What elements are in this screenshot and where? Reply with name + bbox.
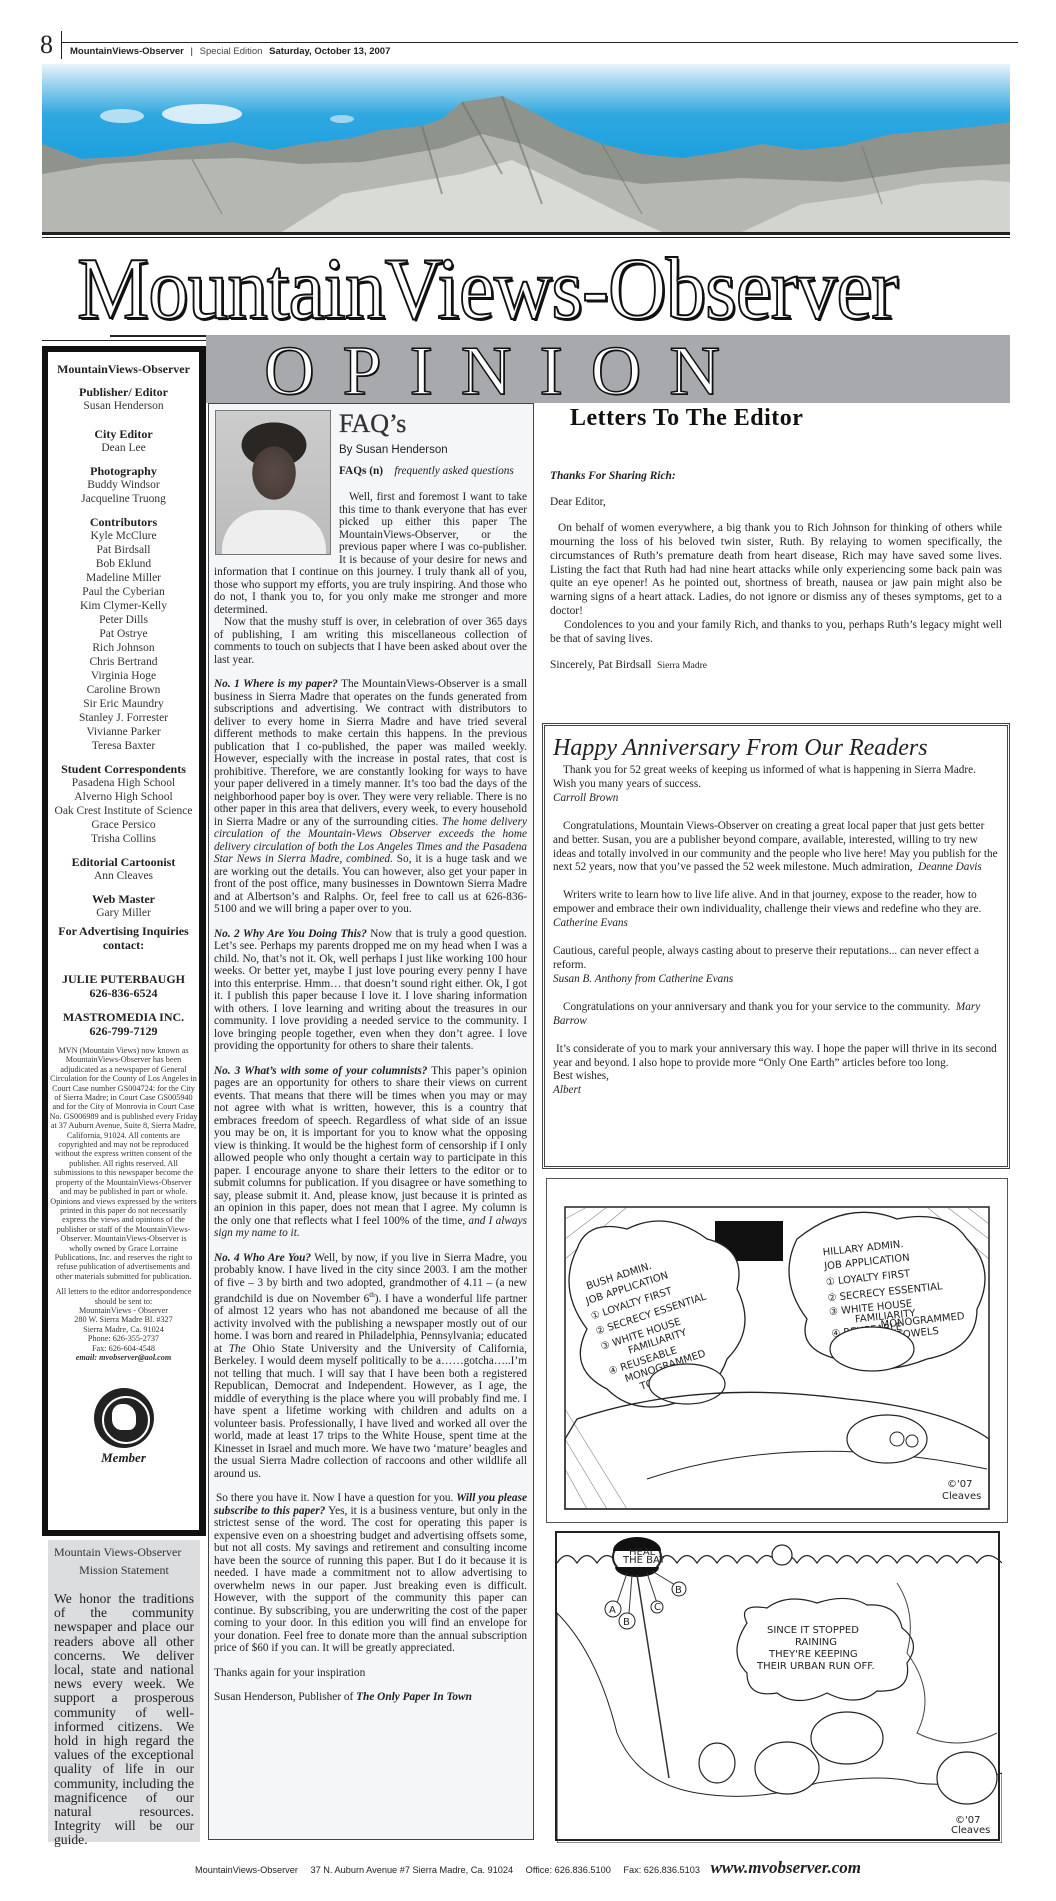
letters-street: 280 W. Sierra Madre Bl. #327 [48,1315,199,1324]
faq-closing-1: So there you have it. Now I have a quest… [216,1492,453,1504]
staff-role: Publisher/ Editor [48,385,199,399]
faq-q3: No. 3 What’s with some of your columnist… [214,1065,527,1240]
faq-q3-title: No. 3 What’s with some of your columnist… [214,1065,427,1077]
staff-name: Virginia Hoge [48,669,199,683]
cartoon-underwater-illustration-icon: HEAL THE BAY A B C B SINCE IT STOPPED RA… [557,1533,1002,1843]
mountain-illustration-icon [42,64,1010,232]
staff-group-publisher: Publisher/ Editor Susan Henderson [48,385,199,413]
staff-role: Student Correspondents [48,762,199,776]
mission-body: We honor the traditions of the community… [54,1592,194,1848]
faq-definition-term: FAQs (n) [339,465,383,477]
header-paper-name: MountainViews-Observer [70,46,184,57]
buoy-ball-label: A [609,1605,616,1616]
legal-notice: MVN (Mountain Views) now known as Mounta… [48,1046,199,1281]
letters-phone: Phone: 626-355-2737 [48,1334,199,1343]
staff-group-photography: Photography Buddy Windsor Jacqueline Tru… [48,464,199,506]
faq-q1-title: No. 1 Where is my paper? [214,678,338,690]
cartoon-speech-line: THEY'RE KEEPING [768,1649,858,1660]
faq-q4-text-3: Ohio State University and the University… [214,1343,527,1480]
anniversary-entry: Cautious, careful people, always casting… [553,945,999,987]
faq-closing: So there you have it. Now I have a quest… [214,1492,527,1655]
cartoon-speech-line: RAINING [795,1637,837,1648]
staff-name: Susan Henderson [48,399,199,413]
buoy-ball-label: B [623,1617,630,1628]
faq-q3-text: This paper’s opinion pages are an opport… [214,1065,527,1227]
anniversary-entry-text: It’s considerate of you to mark your ann… [553,1043,999,1071]
faq-q4-title: No. 4 Who Are You? [214,1252,311,1264]
staff-role: City Editor [48,427,199,441]
anniversary-entry-author: Catherine Evans [553,917,999,931]
staff-name: Kyle McClure [48,529,199,543]
anniversary-title: Happy Anniversary From Our Readers [553,734,999,762]
letter-paragraph-1: On behalf of women everywhere, a big tha… [550,522,1002,619]
section-title: OPINION [206,332,806,412]
footer: MountainViews-Observer 37 N. Auburn Aven… [0,1858,1056,1878]
masthead-title: MountainViews-Observer [42,240,933,340]
cartoon-speech-line: THEIR URBAN RUN OFF. [756,1661,875,1672]
staff-name: Sir Eric Maundry [48,697,199,711]
footer-office: Office: 626.836.5100 [526,1865,611,1875]
staff-group-city-editor: City Editor Dean Lee [48,427,199,455]
staff-name: Bob Eklund [48,557,199,571]
ad-contact-2: MASTROMEDIA INC. 626-799-7129 [48,1010,199,1038]
anniversary-entry-text: Congratulations on your anniversary and … [553,1001,999,1029]
staff-name: Gary Miller [48,906,199,920]
staff-name: Stanley J. Forrester [48,711,199,725]
author-photo [215,410,331,555]
footer-fax: Fax: 626.836.5103 [623,1865,700,1875]
photo-rule [42,232,1010,235]
staff-name: Grace Persico [48,818,199,832]
staff-group-contributors: Contributors Kyle McClure Pat Birdsall B… [48,515,199,753]
staff-name: Ann Cleaves [48,869,199,883]
anniversary-entry-text: Congratulations, Mountain Views-Observer… [553,820,999,876]
newspaper-association-seal-icon [94,1388,154,1448]
staff-box: MountainViews-Observer Publisher/ Editor… [42,346,206,1536]
anniversary-entry: Writers write to learn how to live life … [553,889,999,931]
cartoon-speech-line: SINCE IT STOPPED [767,1625,859,1636]
cartoon-signature: Cleaves [951,1825,990,1836]
staff-name: Pat Ostrye [48,627,199,641]
footer-website-link[interactable]: www.mvobserver.com [711,1858,861,1877]
mission-statement: Mountain Views-Observer Mission Statemen… [48,1540,200,1842]
letter: Thanks For Sharing Rich: Dear Editor, On… [550,470,1002,674]
staff-group-students: Student Correspondents Pasadena High Sch… [48,762,199,846]
staff-name: Teresa Baxter [48,739,199,753]
faq-intro-2: Now that the mushy stuff is over, in cel… [214,616,527,666]
faq-q1: No. 1 Where is my paper? The MountainVie… [214,678,527,916]
faq-q4-italic: The [229,1343,246,1355]
letters-intro: All letters to the editor andorresponden… [48,1287,199,1306]
seal-emblem-icon [112,1404,136,1430]
faq-thanks: Thanks again for your inspiration [214,1667,527,1680]
cartoon-bedroom-illustration-icon: BUSH ADMIN. JOB APPLICATION ① LOYALTY FI… [547,1179,1009,1524]
staff-name: Oak Crest Institute of Science [48,804,199,818]
editorial-cartoon-job-application: BUSH ADMIN. JOB APPLICATION ① LOYALTY FI… [546,1178,1008,1523]
letters-org: MountainViews - Observer [48,1306,199,1315]
staff-role: Photography [48,464,199,478]
staff-name: Paul the Cyberian [48,585,199,599]
letters-city: Sierra Madre, Ca. 91024 [48,1325,199,1334]
anniversary-entry-text: Thank you for 52 great weeks of keeping … [553,764,999,792]
member-label: Member [48,1450,199,1466]
photo-rule-thin [42,237,1010,238]
faq-closing-2: Yes, it is a business venture, but only … [214,1505,527,1655]
staff-name: Caroline Brown [48,683,199,697]
ad-contact-phone: 626-799-7129 [48,1024,199,1038]
letter-title: Thanks For Sharing Rich: [550,470,1002,484]
buoy-ball-label: B [675,1585,682,1596]
footer-paper: MountainViews-Observer [195,1865,298,1875]
mission-title: Mountain Views-Observer [54,1546,194,1558]
cartoon-signature: Cleaves [942,1491,981,1502]
ad-contact-phone: 626-836-6524 [48,986,199,1000]
staff-name: Buddy Windsor [48,478,199,492]
staff-name: Pat Birdsall [48,543,199,557]
mission-subtitle: Mission Statement [54,1563,194,1578]
anniversary-entry-text: Cautious, careful people, always casting… [553,945,999,973]
staff-role: Contributors [48,515,199,529]
staff-name: Peter Dills [48,613,199,627]
staff-name: Trisha Collins [48,832,199,846]
staff-name: Madeline Miller [48,571,199,585]
anniversary-entry-author: Deanne Davis [918,861,982,873]
faq-signoff: Susan Henderson, Publisher of The Only P… [214,1691,527,1704]
letters-address: All letters to the editor andorresponden… [48,1287,199,1362]
letter-paragraph-2: Condolences to you and your family Rich,… [550,619,1002,647]
letters-fax: Fax: 626-604-4548 [48,1344,199,1353]
anniversary-entry-author: Albert [553,1084,999,1098]
cartoon-signature: ©'07 [947,1479,972,1490]
footer-address: 37 N. Auburn Avenue #7 Sierra Madre, Ca.… [311,1865,514,1875]
staff-role: Web Master [48,892,199,906]
staff-group-webmaster: Web Master Gary Miller [48,892,199,920]
anniversary-entry: Congratulations, Mountain Views-Observer… [553,820,999,876]
faq-q4: No. 4 Who Are You? Well, by now, if you … [214,1252,527,1481]
anniversary-box: Happy Anniversary From Our Readers Thank… [542,723,1010,1169]
faq-signoff-text: Susan Henderson, Publisher of [214,1691,353,1703]
staff-name: Kim Clymer-Kelly [48,599,199,613]
buoy-ball-label: C [654,1602,661,1613]
letter-salutation: Dear Editor, [550,496,1002,510]
anniversary-entry-closing: Best wishes, [553,1070,999,1084]
header-divider [61,31,62,59]
buoy-label: THE BAY [622,1555,666,1566]
anniversary-entry: It’s considerate of you to mark your ann… [553,1043,999,1099]
faq-column: FAQ’s By Susan Henderson FAQs (n) freque… [208,403,534,1840]
faq-signoff-bold: The Only Paper In Town [356,1691,472,1703]
letter-signature-place: Sierra Madre [657,661,707,671]
staff-name: Dean Lee [48,441,199,455]
header-date: Saturday, October 13, 2007 [269,46,390,57]
header-edition: Special Edition [200,46,263,57]
staff-name: Chris Bertrand [48,655,199,669]
staff-group-cartoonist: Editorial Cartoonist Ann Cleaves [48,855,199,883]
author-photo-shirt [222,510,326,554]
ad-contact-name: MASTROMEDIA INC. [48,1010,199,1024]
letter-signature-name: Sincerely, Pat Birdsall [550,659,651,671]
staff-name: Pasadena High School [48,776,199,790]
header-line: MountainViews-Observer | Special Edition… [70,46,390,57]
mountain-photo [42,64,1010,232]
faq-q1-text: The MountainViews-Observer is a small bu… [214,678,527,828]
anniversary-entry-text: Writers write to learn how to live life … [553,889,999,917]
anniversary-entry: Thank you for 52 great weeks of keeping … [553,764,999,806]
anniversary-entry-author: Susan B. Anthony from Catherine Evans [553,973,999,987]
letter-signature: Sincerely, Pat Birdsall Sierra Madre [550,659,1002,674]
ad-contact-name: JULIE PUTERBAUGH [48,972,199,986]
anniversary-entry-author: Carroll Brown [553,792,999,806]
anniversary-entry-body: Congratulations on your anniversary and … [563,1001,950,1013]
editorial-cartoon-heal-the-bay: HEAL THE BAY A B C B SINCE IT STOPPED RA… [555,1531,1000,1841]
staff-name: Jacqueline Truong [48,492,199,506]
ad-contact-1: JULIE PUTERBAUGH 626-836-6524 [48,972,199,1000]
anniversary-entry: Congratulations on your anniversary and … [553,1001,999,1029]
faq-q2-title: No. 2 Why Are You Doing This? [214,928,367,940]
faq-q2: No. 2 Why Are You Doing This? Now that i… [214,928,527,1053]
faq-definition-text: frequently asked questions [394,465,513,477]
faq-q2-text: Now that is truly a good question. Let’s… [214,928,527,1053]
letters-email[interactable]: email: mvobserver@aol.com [48,1353,199,1362]
page-number: 8 [40,30,53,60]
header-rule [62,42,1018,43]
header-separator: | [191,46,193,57]
letters-section-title: Letters To The Editor [570,405,803,432]
advertising-heading: For Advertising Inquiries contact: [48,924,199,952]
staff-brand: MountainViews-Observer [48,362,199,377]
staff-name: Vivianne Parker [48,725,199,739]
staff-name: Alverno High School [48,790,199,804]
staff-name: Rich Johnson [48,641,199,655]
staff-role: Editorial Cartoonist [48,855,199,869]
